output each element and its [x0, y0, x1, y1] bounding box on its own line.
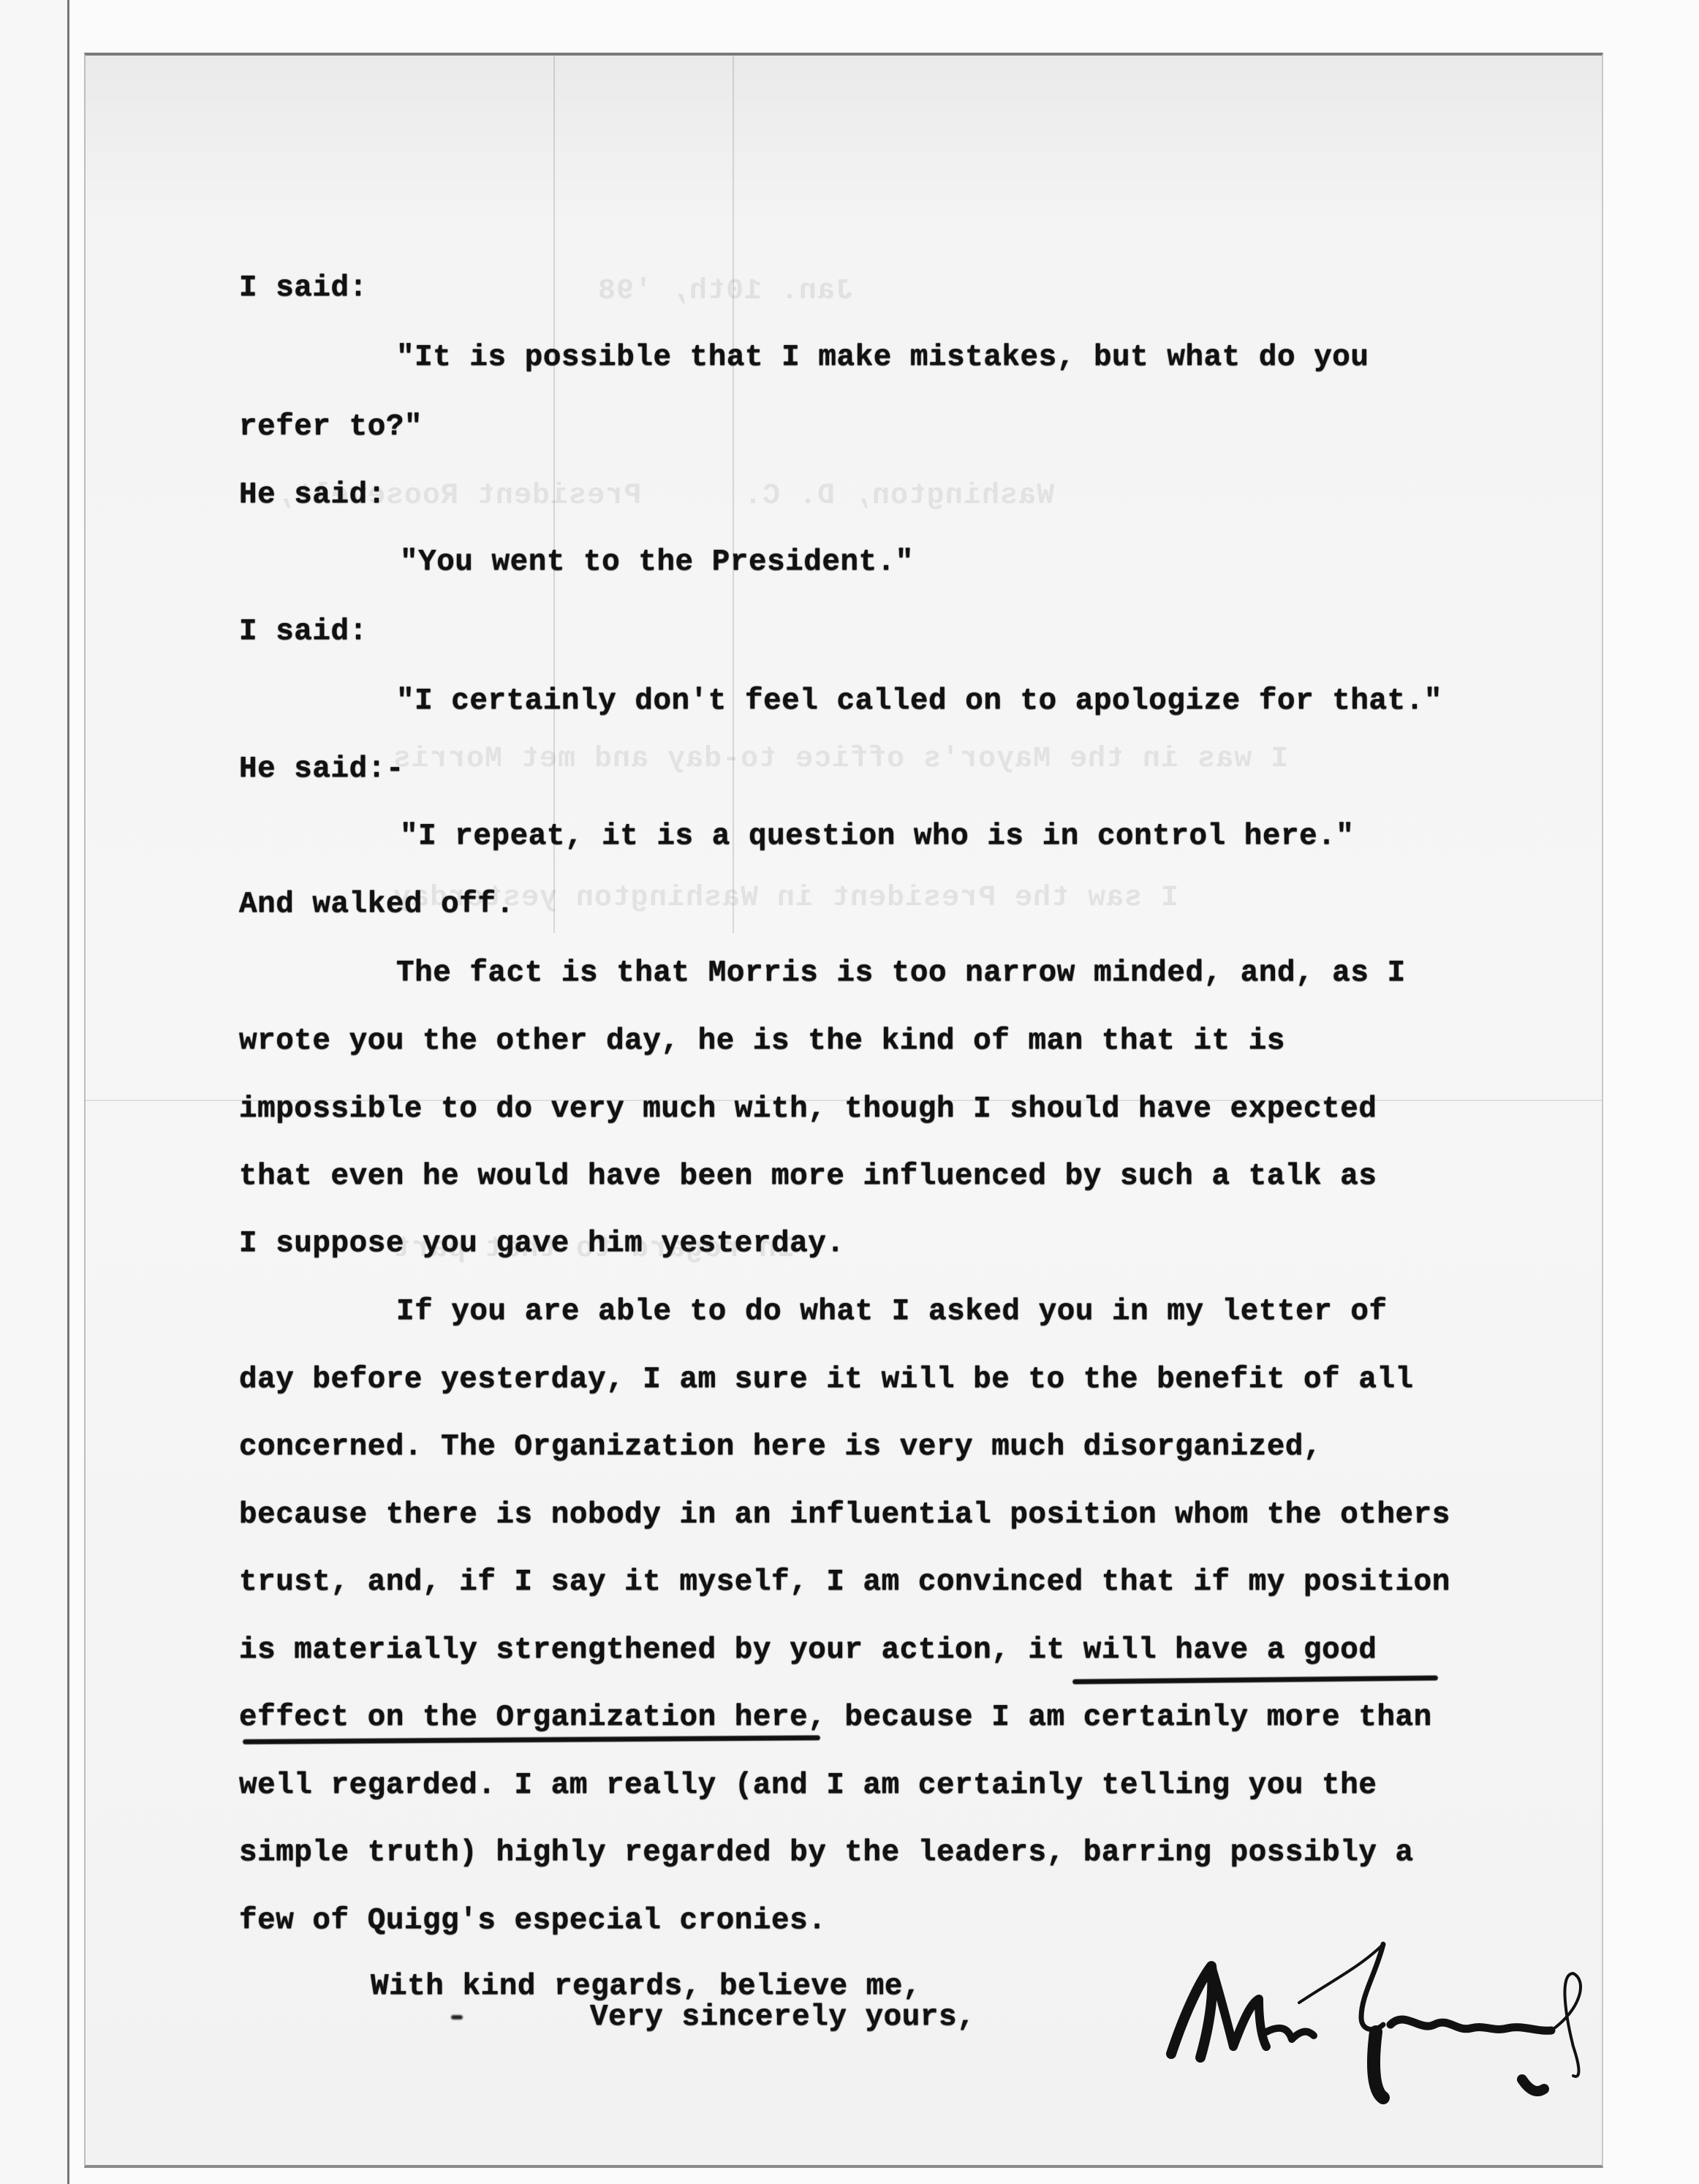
- letter-line: I said:: [239, 615, 368, 649]
- letter-line: The fact is that Morris is too narrow mi…: [396, 956, 1406, 990]
- letter-line: impossible to do very much with, though …: [239, 1092, 1377, 1126]
- letter-line: With kind regards, believe me,: [371, 1970, 921, 2003]
- letter-line: concerned. The Organization here is very…: [239, 1430, 1322, 1464]
- letter-line: "I certainly don't feel called on to apo…: [396, 684, 1442, 718]
- letter-line: refer to?": [239, 410, 423, 444]
- letter-line: "I repeat, it is a question who is in co…: [400, 820, 1354, 853]
- letter-line: "You went to the President.": [400, 545, 914, 579]
- letter-line: is materially strengthened by your actio…: [239, 1633, 1377, 1667]
- letter-line: I said:: [239, 271, 368, 305]
- stray-mark: [451, 2015, 463, 2019]
- letter-line: that even he would have been more influe…: [239, 1160, 1377, 1193]
- handwritten-underline: [243, 1735, 820, 1745]
- letter-line: He said:-: [239, 752, 404, 786]
- letter-line: And walked off.: [239, 888, 515, 921]
- letter-line: few of Quigg's especial cronies.: [239, 1904, 826, 1938]
- letter-line: well regarded. I am really (and I am cer…: [239, 1769, 1377, 1802]
- letter-line: "It is possible that I make mistakes, bu…: [396, 341, 1369, 374]
- letter-line: If you are able to do what I asked you i…: [396, 1295, 1388, 1329]
- letter-line: simple truth) highly regarded by the lea…: [239, 1836, 1414, 1870]
- letter-line: day before yesterday, I am sure it will …: [239, 1363, 1414, 1397]
- letter-line: Very sincerely yours,: [590, 2000, 975, 2034]
- letter-line: because there is nobody in an influentia…: [239, 1498, 1450, 1532]
- scanned-letter-page: Jan. 10th, '98 President Roosevelt, Wash…: [84, 53, 1603, 2168]
- handwritten-signature: [1142, 1922, 1603, 2112]
- letter-line: He said:: [239, 478, 386, 512]
- handwritten-underline: [1072, 1675, 1438, 1684]
- letter-line: effect on the Organization here, because…: [239, 1701, 1432, 1734]
- letter-body: I said: "It is possible that I make mist…: [86, 56, 1602, 2165]
- letter-line: I suppose you gave him yesterday.: [239, 1227, 844, 1261]
- letter-line: wrote you the other day, he is the kind …: [239, 1024, 1285, 1058]
- letter-line: trust, and, if I say it myself, I am con…: [239, 1565, 1450, 1599]
